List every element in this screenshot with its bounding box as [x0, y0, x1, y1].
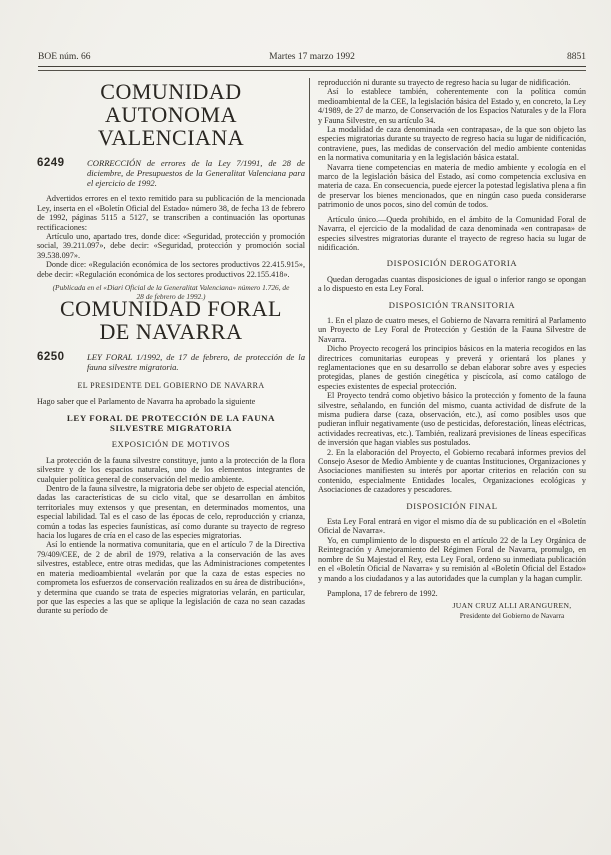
- item-summary: CORRECCIÓN de errores de la Ley 7/1991, …: [87, 159, 305, 188]
- continuation-paragraph: reproducción ni durante su trayecto de r…: [318, 78, 586, 87]
- paragraph: Donde dice: «Regulación económica de los…: [37, 260, 305, 279]
- signature-title: Presidente del Gobierno de Navarra: [422, 611, 602, 620]
- right-column: reproducción ni durante su trayecto de r…: [318, 78, 586, 620]
- item-number: 6249: [37, 159, 87, 188]
- header-rule: [38, 66, 586, 71]
- item-summary: LEY FORAL 1/1992, de 17 de febrero, de p…: [87, 353, 305, 373]
- paragraph: Esta Ley Foral entrará en vigor el mismo…: [318, 517, 586, 536]
- paragraph: 2. En la elaboración del Proyecto, el Go…: [318, 448, 586, 495]
- date-place-line: Pamplona, 17 de febrero de 1992.: [318, 589, 586, 598]
- item-6250: 6250 LEY FORAL 1/1992, de 17 de febrero,…: [37, 353, 305, 373]
- header-date: Martes 17 marzo 1992: [38, 52, 586, 62]
- column-divider: [309, 78, 310, 566]
- region-title-line2: DE NAVARRA: [100, 319, 243, 344]
- article-unique: Artículo único.—Queda prohibido, en el á…: [318, 215, 586, 253]
- announcement-line: Hago saber que el Parlamento de Navarra …: [37, 397, 305, 406]
- region-title-line2: VALENCIANA: [98, 125, 244, 150]
- paragraph: La protección de la fauna silvestre cons…: [37, 456, 305, 484]
- region-title-line1: COMUNIDAD AUTONOMA: [100, 79, 241, 127]
- page-header: BOE núm. 66 Martes 17 marzo 1992 8851: [38, 52, 586, 62]
- law-title: LEY FORAL DE PROTECCIÓN DE LA FAUNA SILV…: [43, 413, 299, 433]
- paragraph: Yo, en cumplimiento de lo dispuesto en e…: [318, 536, 586, 583]
- paragraph: Quedan derogadas cuantas disposiciones d…: [318, 275, 586, 294]
- transitoria-heading: DISPOSICIÓN TRANSITORIA: [318, 301, 586, 310]
- item-number: 6250: [37, 353, 87, 373]
- section-comunidad-navarra: COMUNIDAD FORAL DE NAVARRA 6250 LEY FORA…: [37, 293, 305, 616]
- section-comunidad-valenciana: COMUNIDAD AUTONOMA VALENCIANA 6249 CORRE…: [37, 76, 305, 301]
- paragraph: 1. En el plazo de cuatro meses, el Gobie…: [318, 316, 586, 344]
- paragraph: La modalidad de caza denominada «en cont…: [318, 125, 586, 163]
- paragraph: Advertidos errores en el texto remitido …: [37, 194, 305, 232]
- region-title-valenciana: COMUNIDAD AUTONOMA VALENCIANA: [37, 80, 305, 149]
- paragraph: Dicho Proyecto recogerá los principios b…: [318, 344, 586, 391]
- paragraph: Así lo entiende la normativa comunitaria…: [37, 540, 305, 615]
- paragraph: Artículo uno, apartado tres, donde dice:…: [37, 232, 305, 260]
- paragraph: El Proyecto tendrá como objetivo básico …: [318, 391, 586, 447]
- region-title-navarra: COMUNIDAD FORAL DE NAVARRA: [37, 297, 305, 343]
- paragraph: Así lo establece también, coherentemente…: [318, 87, 586, 125]
- item-6249: 6249 CORRECCIÓN de errores de la Ley 7/1…: [37, 159, 305, 188]
- paragraph: Navarra tiene competencias en materia de…: [318, 163, 586, 210]
- motives-heading: EXPOSICIÓN DE MOTIVOS: [37, 440, 305, 449]
- president-line: EL PRESIDENTE DEL GOBIERNO DE NAVARRA: [37, 381, 305, 390]
- signature-name: JUAN CRUZ ALLI ARANGUREN,: [422, 601, 602, 610]
- paragraph: Dentro de la fauna silvestre, la migrato…: [37, 484, 305, 540]
- final-heading: DISPOSICIÓN FINAL: [318, 502, 586, 511]
- derogatoria-heading: DISPOSICIÓN DEROGATORIA: [318, 259, 586, 268]
- gazette-page: BOE núm. 66 Martes 17 marzo 1992 8851 CO…: [0, 0, 611, 855]
- signature-block: JUAN CRUZ ALLI ARANGUREN, Presidente del…: [422, 601, 602, 620]
- region-title-line1: COMUNIDAD FORAL: [60, 296, 282, 321]
